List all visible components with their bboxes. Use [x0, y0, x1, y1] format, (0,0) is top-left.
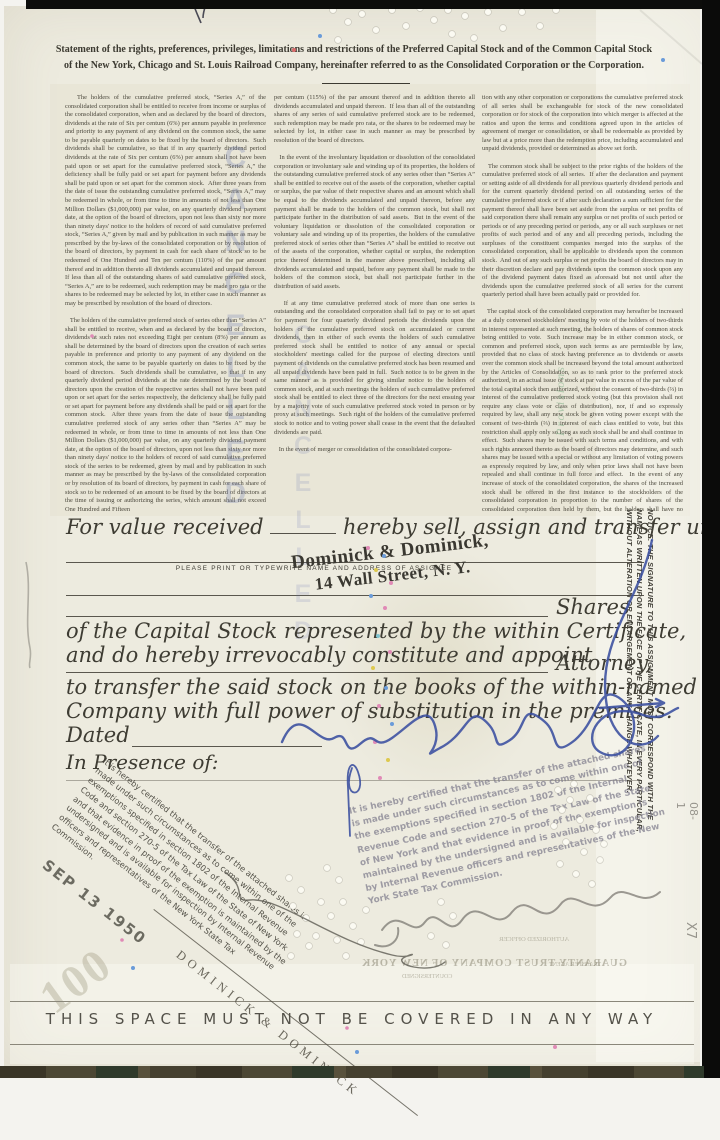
scan-edge-right: [702, 0, 720, 1078]
firm-stamp-flourish: [225, 872, 445, 968]
corner-fold-crease: [640, 10, 702, 64]
scan-artifacts-overlay: [0, 0, 720, 1078]
blue-ink-signature: [282, 540, 678, 836]
pencil-signature: [375, 892, 660, 946]
punch-holes: [286, 5, 608, 960]
adjacent-certificate-edge: [0, 1066, 704, 1078]
left-edge-pencil-mark: [26, 562, 31, 668]
scan-edge-top: [26, 0, 720, 9]
